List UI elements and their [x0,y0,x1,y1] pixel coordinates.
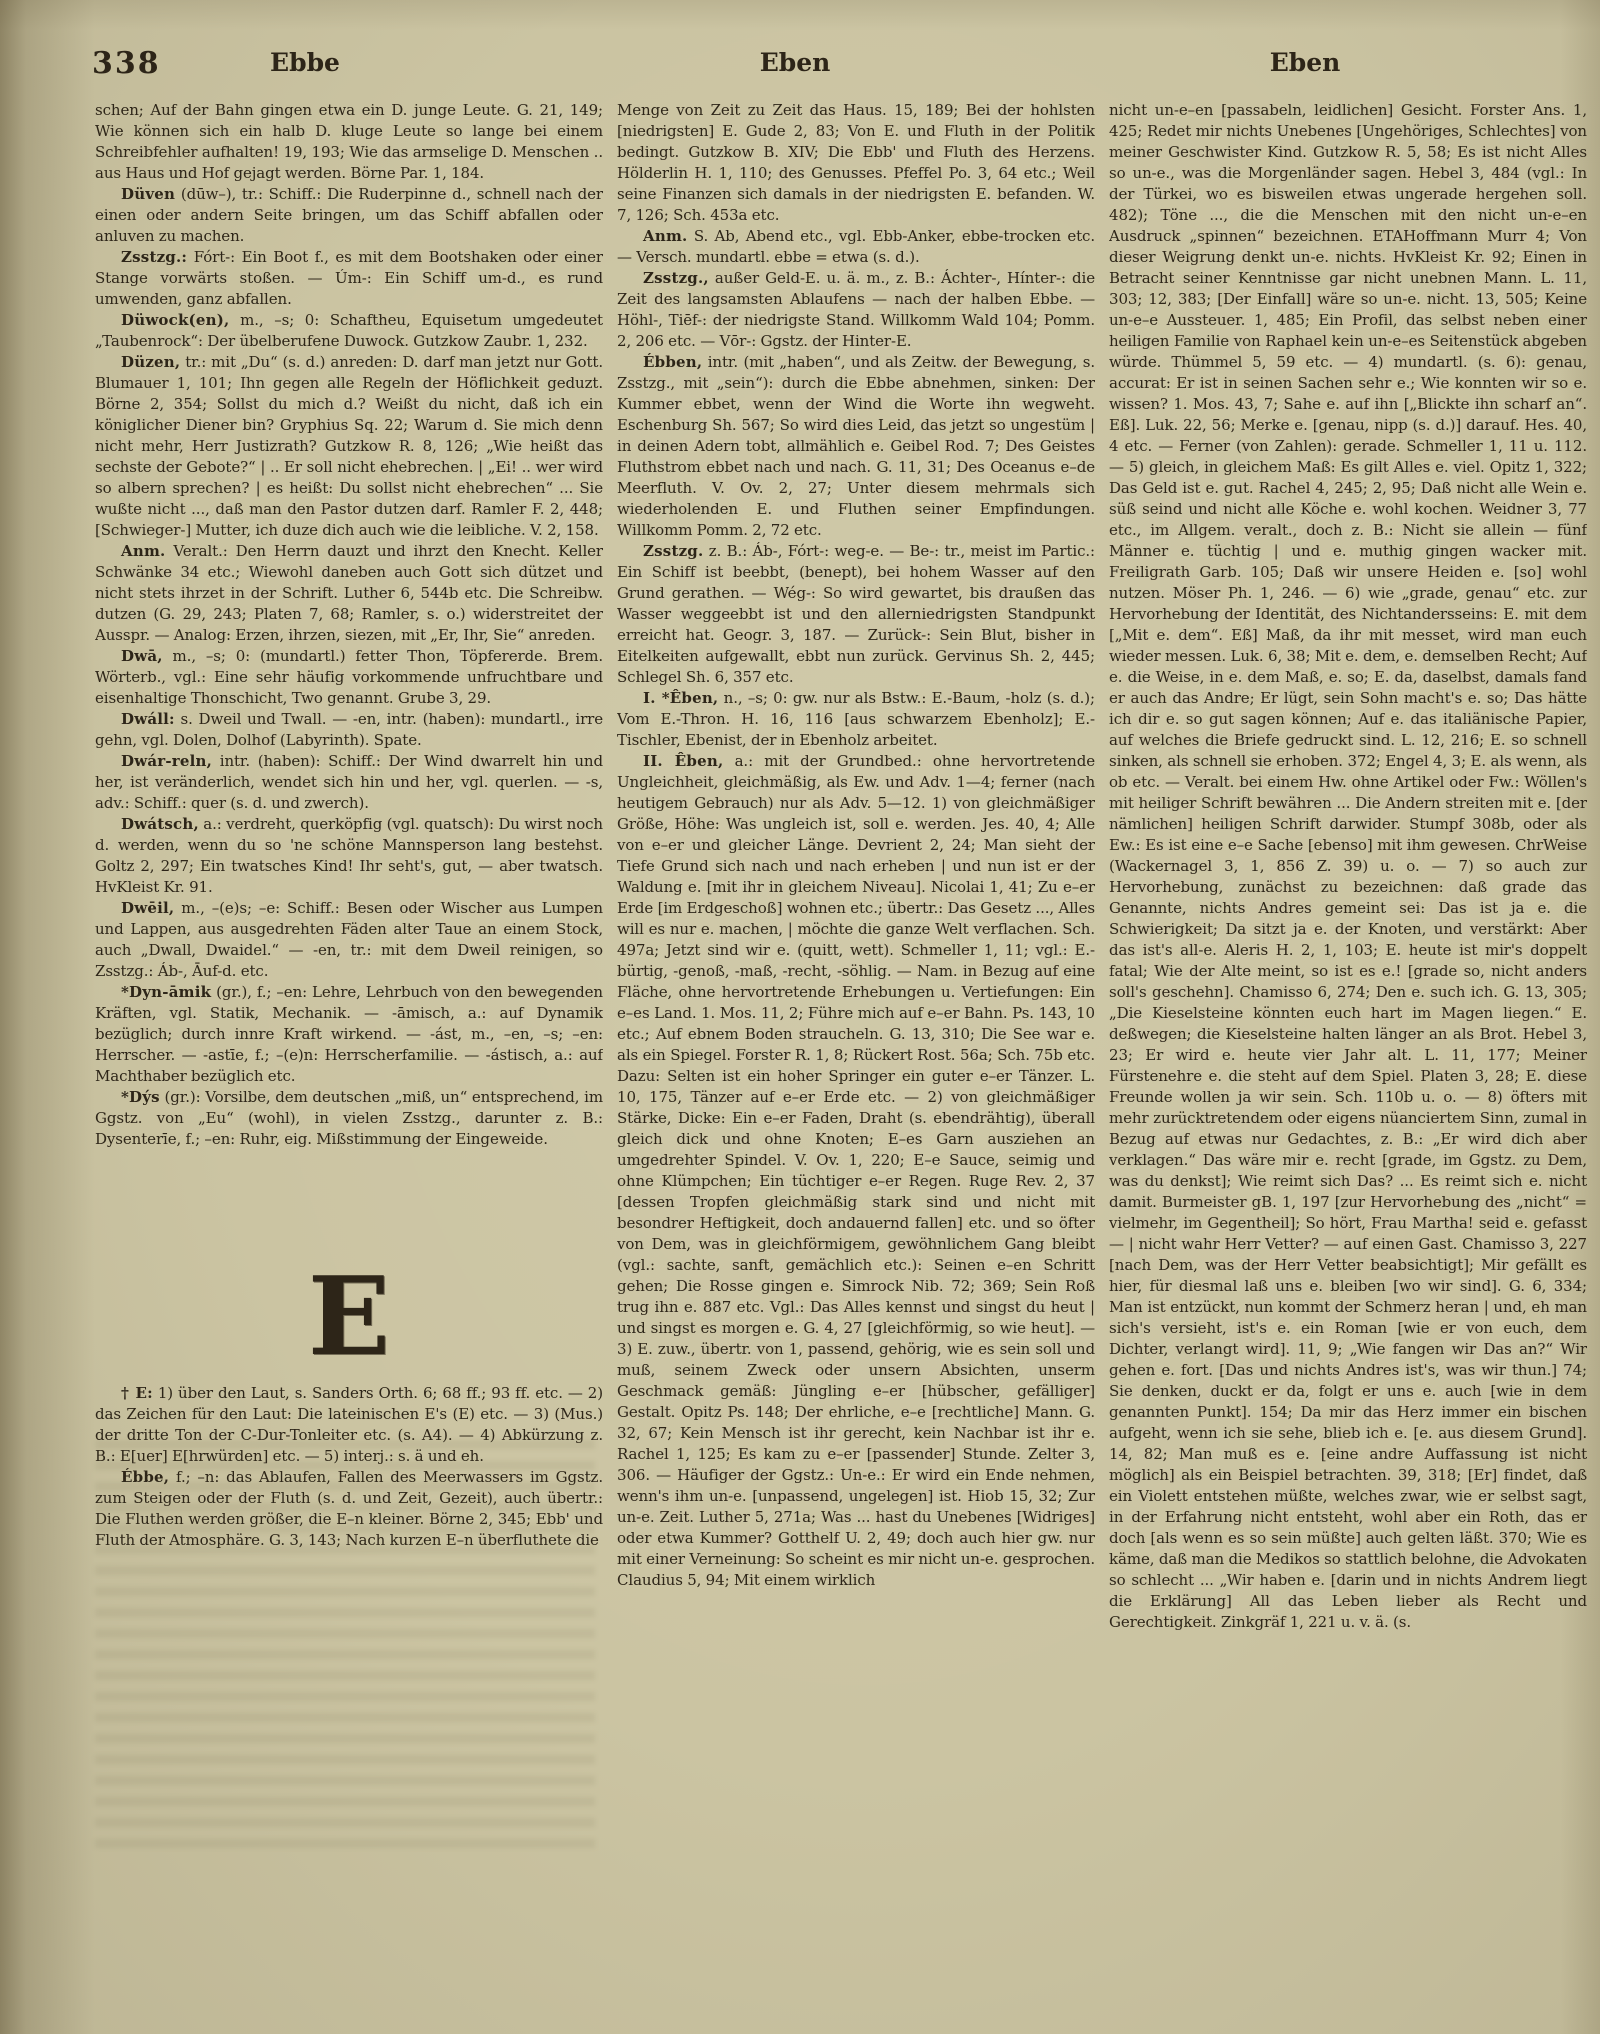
entry-headword: Zsstzg., [643,269,709,287]
entry-paragraph: Düzen, tr.: mit „Du“ (s. d.) anreden: D.… [95,352,603,541]
column-1: schen; Auf der Bahn gingen etwa ein D. j… [95,100,603,1930]
entry-paragraph: Düven (dūw–), tr.: Schiff.: Die Ruderpin… [95,184,603,247]
entry-paragraph: II. Êben, a.: mit der Grundbed.: ohne he… [617,751,1095,1591]
entry-headword: Zsstzg. [643,542,703,560]
entry-headword: Zsstzg.: [121,248,187,266]
column-2: Menge von Zeit zu Zeit das Haus. 15, 189… [617,100,1095,1930]
entry-paragraph: Düwock(en), m., –s; 0: Schaftheu, Equise… [95,310,603,352]
entry-headword: II. Êben, [643,752,723,770]
entry-paragraph: Zsstzg. z. B.: Áb-, Fórt-: weg-e. — Be-:… [617,541,1095,688]
running-head-col2: Eben [685,48,905,77]
entry-paragraph: Dwēil, m., –(e)s; –e: Schiff.: Besen ode… [95,898,603,982]
entry-paragraph: Zsstzg., außer Geld-E. u. ä. m., z. B.: … [617,268,1095,352]
entry-headword: Düwock(en), [121,311,229,329]
page-header: 338 Ebbe Eben Eben [0,44,1600,86]
entry-paragraph: Anm. Veralt.: Den Herrn dauzt und ihrzt … [95,541,603,646]
continuation-paragraph: schen; Auf der Bahn gingen etwa ein D. j… [95,100,603,184]
entry-paragraph: Dwáll: s. Dweil und Twall. — -en, intr. … [95,709,603,751]
entry-headword: Dwátsch, [121,815,199,833]
scanned-book-page: { "page": { "number": "338", "running_he… [0,0,1600,2034]
page-number: 338 [92,46,161,81]
entry-headword: Dwáll: [121,710,175,728]
entry-headword: *Dyn-āmik [121,983,211,1001]
entry-headword: *Dýs [121,1088,160,1106]
running-head-col3: Eben [1195,48,1415,77]
entry-headword: Düzen, [121,353,180,371]
page-scan: 338 Ebbe Eben Eben schen; Auf der Bahn g… [0,0,1600,2034]
section-initial-letter: E [95,1268,603,1367]
entry-paragraph: Dwátsch, a.: verdreht, querköpfig (vgl. … [95,814,603,898]
entry-headword: Ébben, [643,353,702,371]
text-columns: schen; Auf der Bahn gingen etwa ein D. j… [95,100,1587,1930]
entry-paragraph: Ébbe, f.; –n: das Ablaufen, Fallen des M… [95,1467,603,1551]
entry-headword: Dwā, [121,647,163,665]
entry-headword: Anm. [121,542,165,560]
entry-headword: Ébbe, [121,1468,169,1486]
entry-paragraph: Dwár-reln, intr. (haben): Schiff.: Der W… [95,751,603,814]
entry-paragraph: I. *Êben, n., –s; 0: gw. nur als Bstw.: … [617,688,1095,751]
entry-paragraph: Dwā, m., –s; 0: (mundartl.) fetter Thon,… [95,646,603,709]
entry-headword: † E: [121,1384,153,1402]
entry-headword: Anm. [643,227,687,245]
continuation-paragraph: nicht un-e–en [passabeln, leidlichen] Ge… [1109,100,1587,1633]
entry-headword: Dwár-reln, [121,752,212,770]
entry-headword: I. *Êben, [643,689,718,707]
entry-paragraph: † E: 1) über den Laut, s. Sanders Orth. … [95,1383,603,1467]
entry-headword: Dwēil, [121,899,174,917]
entry-paragraph: *Dýs (gr.): Vorsilbe, dem deutschen „miß… [95,1087,603,1150]
entry-paragraph: Anm. S. Ab, Abend etc., vgl. Ebb-Anker, … [617,226,1095,268]
continuation-paragraph: Menge von Zeit zu Zeit das Haus. 15, 189… [617,100,1095,226]
running-head-col1: Ebbe [190,48,420,77]
entry-paragraph: Zsstzg.: Fórt-: Ein Boot f., es mit dem … [95,247,603,310]
entry-headword: Düven [121,185,175,203]
column-3: nicht un-e–en [passabeln, leidlichen] Ge… [1109,100,1587,1930]
entry-paragraph: Ébben, intr. (mit „haben“, und als Zeitw… [617,352,1095,541]
entry-paragraph: *Dyn-āmik (gr.), f.; –en: Lehre, Lehrbuc… [95,982,603,1087]
